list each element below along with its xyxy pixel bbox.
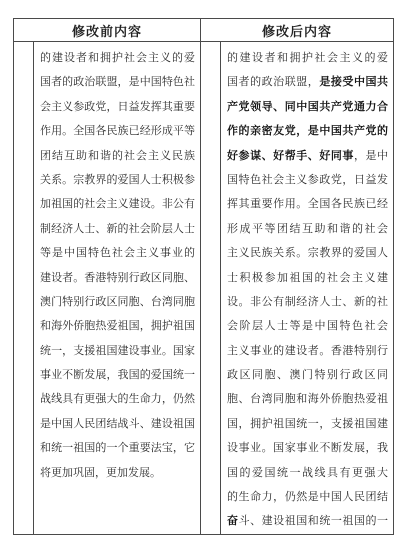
before-gutter-cell (14, 42, 34, 535)
text-segment: 的生命力，仍然是中国人民团结 (227, 491, 388, 503)
text-segment: 设事业。国家事业不断发展，我 (227, 442, 388, 454)
text-segment: ，是中 (354, 150, 388, 162)
text-line: 产党领导、同中国共产党通力合 (227, 95, 388, 119)
text-line: 奋斗、建设祖国和统一祖国的一 (227, 509, 388, 533)
text-line: 国者的政治联盟，是接受中国共 (227, 70, 388, 94)
text-line: 作的亲密友党，是中国共产党的 (227, 119, 388, 143)
text-segment: 和海外侨胞热爱祖国，拥护祖国 (40, 320, 195, 332)
text-line: 士积极参加祖国的社会主义建 (227, 266, 388, 290)
text-segment: 主义事业的建设者。香港特别行 (227, 345, 388, 357)
text-segment: 团结互助和谐的社会主义民族 (40, 150, 195, 162)
text-line: 关系。宗教界的爱国人士积极参 (40, 168, 195, 192)
text-line: 主义民族关系。宗教界的爱国人 (227, 241, 388, 265)
text-line: 会主义参政党，日益发挥其重要 (40, 95, 195, 119)
text-line: 设。非公有制经济人士、新的社 (227, 290, 388, 314)
text-line: 事业不断发展，我国的爱国统一 (40, 363, 195, 387)
content-row: 的建设者和拥护社会主义的爱国者的政治联盟，是中国特色社会主义参政党，日益发挥其重… (14, 42, 394, 535)
text-line: 国特色社会主义参政党，日益发 (227, 168, 388, 192)
text-line: 主义事业的建设者。香港特别行 (227, 339, 388, 363)
text-line: 国，拥护祖国统一，支援祖国建 (227, 412, 388, 436)
text-line: 是中国人民团结战斗、建设祖国 (40, 412, 195, 436)
text-segment: 国者的政治联盟， (227, 76, 319, 88)
text-line: 好参谋、好帮手、好同事，是中 (227, 144, 388, 168)
text-line: 的建设者和拥护社会主义的爱 (227, 46, 388, 70)
text-line: 会阶层人士等是中国特色社会 (227, 314, 388, 338)
revised-text-segment: 好参谋、好帮手、好同事 (227, 150, 354, 162)
text-segment: 的建设者和拥护社会主义的爱 (40, 52, 195, 64)
after-column-header: 修改后内容 (201, 19, 394, 42)
text-line: 团结互助和谐的社会主义民族 (40, 144, 195, 168)
revised-text-segment: 奋 (227, 515, 239, 527)
text-segment: 国，拥护祖国统一，支援祖国建 (227, 418, 388, 430)
revision-comparison-table: 修改前内容 修改后内容 的建设者和拥护社会主义的爱国者的政治联盟，是中国特色社会… (13, 18, 394, 535)
text-segment: 国特色社会主义参政党，日益发 (227, 174, 388, 186)
text-segment: 挥其重要作用。全国各民族已经 (227, 198, 388, 210)
text-segment: 国的爱国统一战线具有更强大 (227, 467, 388, 479)
text-segment: 主义民族关系。宗教界的爱国人 (227, 247, 388, 259)
text-line: 挥其重要作用。全国各民族已经 (227, 192, 388, 216)
text-segment: 建设者。香港特别行政区同胞、 (40, 272, 195, 284)
text-segment: 将更加巩固，更加发展。 (40, 467, 161, 479)
text-segment: 等是中国特色社会主义事业的 (40, 247, 195, 259)
text-line: 国者的政治联盟，是中国特色社 (40, 70, 195, 94)
text-line: 国的爱国统一战线具有更强大 (227, 461, 388, 485)
text-line: 的建设者和拥护社会主义的爱 (40, 46, 195, 70)
text-segment: 制经济人士、新的社会阶层人士 (40, 223, 195, 235)
text-segment: 会阶层人士等是中国特色社会 (227, 320, 388, 332)
text-segment: 形成平等团结互助和谐的社会 (227, 223, 388, 235)
text-segment: 澳门特别行政区同胞、台湾同胞 (40, 296, 195, 308)
after-gutter-cell (201, 42, 221, 535)
text-line: 的生命力，仍然是中国人民团结 (227, 485, 388, 509)
text-line: 统一，支援祖国建设事业。国家 (40, 339, 195, 363)
text-line: 胞、台湾同胞和海外侨胞热爱祖 (227, 387, 388, 411)
text-segment: 设。非公有制经济人士、新的社 (227, 296, 388, 308)
scanned-document-page: { "document": { "type": "revision-compar… (0, 0, 400, 554)
text-line: 作用。全国各民族已经形成平等 (40, 119, 195, 143)
text-line: 战线具有更强大的生命力，仍然 (40, 387, 195, 411)
text-segment: 战线具有更强大的生命力，仍然 (40, 393, 195, 405)
text-line: 将更加巩固，更加发展。 (40, 461, 195, 485)
text-line: 和统一祖国的一个重要法宝，它 (40, 436, 195, 460)
text-segment: 士积极参加祖国的社会主义建 (227, 272, 388, 284)
text-line: 政区同胞、澳门特别行政区同 (227, 363, 388, 387)
text-line: 和海外侨胞热爱祖国，拥护祖国 (40, 314, 195, 338)
before-column-header: 修改前内容 (14, 19, 201, 42)
text-segment: 事业不断发展，我国的爱国统一 (40, 369, 195, 381)
text-line: 制经济人士、新的社会阶层人士 (40, 217, 195, 241)
text-segment: 政区同胞、澳门特别行政区同 (227, 369, 388, 381)
text-segment: 是中国人民团结战斗、建设祖国 (40, 418, 195, 430)
text-line: 建设者。香港特别行政区同胞、 (40, 266, 195, 290)
text-segment: 会主义参政党，日益发挥其重要 (40, 101, 195, 113)
header-row: 修改前内容 修改后内容 (14, 19, 394, 42)
text-line: 澳门特别行政区同胞、台湾同胞 (40, 290, 195, 314)
revised-text-segment: 产党领导、同中国共产党通力合 (227, 101, 388, 113)
after-content-cell: 的建设者和拥护社会主义的爱国者的政治联盟，是接受中国共产党领导、同中国共产党通力… (221, 42, 394, 535)
before-content-cell: 的建设者和拥护社会主义的爱国者的政治联盟，是中国特色社会主义参政党，日益发挥其重… (34, 42, 201, 535)
text-segment: 胞、台湾同胞和海外侨胞热爱祖 (227, 393, 388, 405)
text-segment: 关系。宗教界的爱国人士积极参 (40, 174, 195, 186)
text-segment: 斗、建设祖国和统一祖国的一 (239, 515, 388, 527)
text-segment: 统一，支援祖国建设事业。国家 (40, 345, 195, 357)
text-segment: 作用。全国各民族已经形成平等 (40, 125, 195, 137)
text-segment: 的建设者和拥护社会主义的爱 (227, 52, 388, 64)
text-segment: 加祖国的社会主义建设。非公有 (40, 198, 195, 210)
text-segment: 国者的政治联盟，是中国特色社 (40, 76, 195, 88)
text-line: 等是中国特色社会主义事业的 (40, 241, 195, 265)
text-line: 形成平等团结互助和谐的社会 (227, 217, 388, 241)
text-segment: 和统一祖国的一个重要法宝，它 (40, 442, 195, 454)
text-line: 设事业。国家事业不断发展，我 (227, 436, 388, 460)
revised-text-segment: 作的亲密友党，是中国共产党的 (227, 125, 388, 137)
text-line: 加祖国的社会主义建设。非公有 (40, 192, 195, 216)
revised-text-segment: 是接受中国共 (319, 76, 388, 88)
